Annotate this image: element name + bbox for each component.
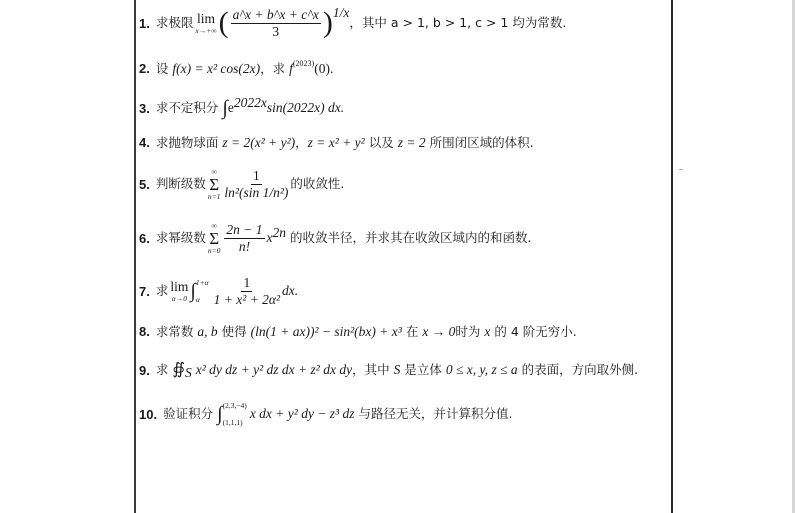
page-left-border <box>134 0 136 513</box>
summation-operator: ∞ Σ n=1 <box>208 168 221 200</box>
limit-operator: limx→+∞ <box>195 12 216 34</box>
problem-9: 9. 求 ∯S x² dy dz + y² dz dx + z² dx dy ，… <box>139 362 638 378</box>
summation-operator: ∞ Σ n=0 <box>208 222 221 254</box>
page-right-border <box>671 0 673 513</box>
problem-1: 1. 求极限 limx→+∞ ( a^x + b^x + c^x 3 ) 1/x… <box>139 8 566 38</box>
limit-operator: limα→0 <box>170 280 188 302</box>
problem-8: 8. 求常数 a, b 使得 (ln(1 + ax))² − sin²(bx) … <box>139 325 577 339</box>
surface-integral-sign: ∯ <box>172 362 185 378</box>
scan-speck <box>679 169 683 170</box>
problem-3: 3. 求不定积分 ∫ e2022x sin(2022x) dx. <box>139 98 344 118</box>
fraction: a^x + b^x + c^x 3 <box>231 8 321 38</box>
fraction: 2n − 1 n! <box>224 223 264 253</box>
problem-10: 10. 验证积分 ∫ (2,3,−4)(1,1,1) x dx + y² dy … <box>139 402 512 426</box>
problem-2: 2. 设 f(x) = x² cos(2x) ，求 f(2023)(0). <box>139 62 333 76</box>
problem-7: 7. 求 limα→0 ∫ 1+αα 1 1 + x² + 2α² dx. <box>139 276 298 306</box>
problem-4: 4. 求抛物球面 z = 2(x² + y²)， z = x² + y² 以及 … <box>139 136 534 150</box>
problem-5: 5. 判断级数 ∞ Σ n=1 1 ln²(sin 1/n²) 的收敛性. <box>139 168 344 200</box>
fraction: 1 1 + x² + 2α² <box>214 276 280 306</box>
problem-6: 6. 求幂级数 ∞ Σ n=0 2n − 1 n! x2n 的收敛半径，并求其在… <box>139 222 532 254</box>
fraction: 1 ln²(sin 1/n²) <box>224 169 288 199</box>
